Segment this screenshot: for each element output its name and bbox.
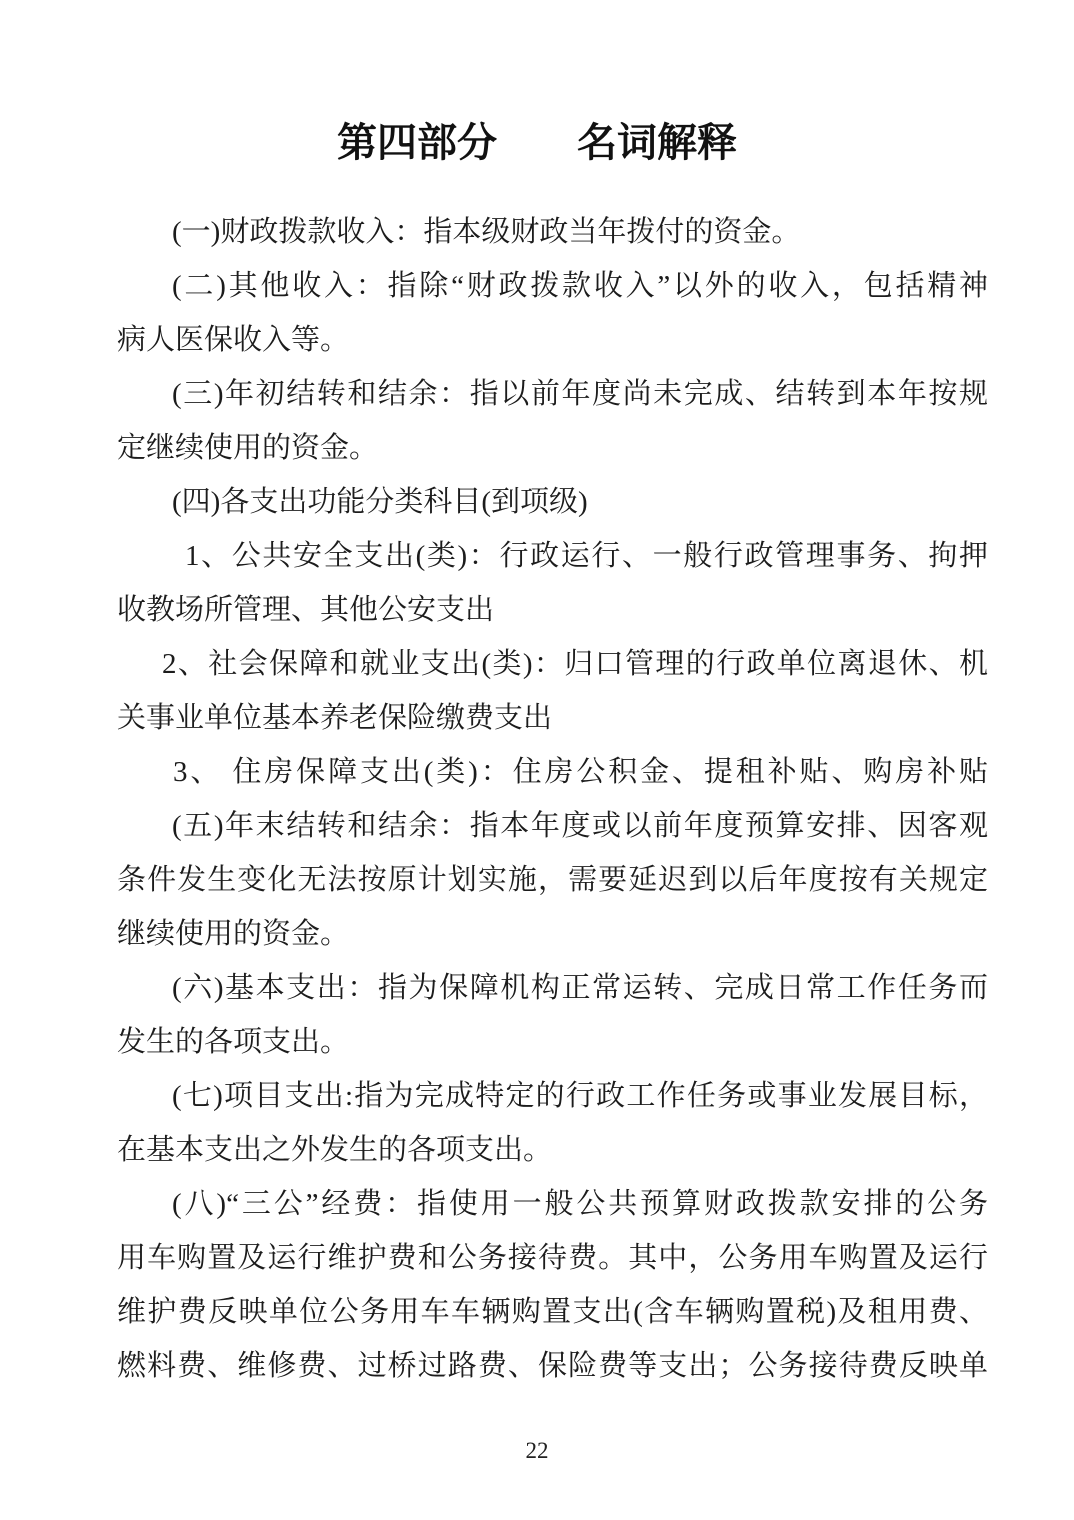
page-number: 22 bbox=[0, 1436, 1074, 1466]
text-line: (二)其他收入：指除“财政拨款收入”以外的收入，包括精神 bbox=[117, 259, 988, 313]
text-line: (八)“三公”经费：指使用一般公共预算财政拨款安排的公务 bbox=[117, 1177, 988, 1231]
text-line: 病人医保收入等。 bbox=[117, 313, 988, 367]
text-line: 定继续使用的资金。 bbox=[117, 421, 988, 475]
text-line: (七)项目支出:指为完成特定的行政工作任务或事业发展目标， bbox=[117, 1069, 988, 1123]
text-line: (三)年初结转和结余：指以前年度尚未完成、结转到本年按规 bbox=[117, 367, 988, 421]
page-title-part: 第四部分 bbox=[337, 121, 497, 165]
text-line: 在基本支出之外发生的各项支出。 bbox=[117, 1123, 988, 1177]
text-line: 维护费反映单位公务用车车辆购置支出(含车辆购置税)及租用费、 bbox=[117, 1285, 988, 1339]
text-line: (六)基本支出：指为保障机构正常运转、完成日常工作任务而 bbox=[117, 961, 988, 1015]
document-page: 第四部分名词解释 (一)财政拨款收入：指本级财政当年拨付的资金。(二)其他收入：… bbox=[0, 0, 1074, 1520]
text-line: 燃料费、维修费、过桥过路费、保险费等支出；公务接待费反映单 bbox=[117, 1339, 988, 1393]
text-line: 发生的各项支出。 bbox=[117, 1015, 988, 1069]
text-line: 继续使用的资金。 bbox=[117, 907, 988, 961]
text-line: (五)年末结转和结余：指本年度或以前年度预算安排、因客观 bbox=[117, 799, 988, 853]
page-title-name: 名词解释 bbox=[577, 121, 737, 165]
document-body: (一)财政拨款收入：指本级财政当年拨付的资金。(二)其他收入：指除“财政拨款收入… bbox=[117, 205, 988, 1393]
text-line: 2、社会保障和就业支出(类)：归口管理的行政单位离退休、机 bbox=[117, 637, 988, 691]
text-line: 收教场所管理、其他公安支出 bbox=[117, 583, 988, 637]
text-line: 用车购置及运行维护费和公务接待费。其中，公务用车购置及运行 bbox=[117, 1231, 988, 1285]
text-line: (一)财政拨款收入：指本级财政当年拨付的资金。 bbox=[117, 205, 988, 259]
text-line: 条件发生变化无法按原计划实施，需要延迟到以后年度按有关规定 bbox=[117, 853, 988, 907]
text-line: 3、 住房保障支出(类)：住房公积金、提租补贴、购房补贴 bbox=[117, 745, 988, 799]
text-line: 关事业单位基本养老保险缴费支出 bbox=[117, 691, 988, 745]
text-line: (四)各支出功能分类科目(到项级) bbox=[117, 475, 988, 529]
text-line: 1、公共安全支出(类)：行政运行、一般行政管理事务、拘押 bbox=[117, 529, 988, 583]
page-title: 第四部分名词解释 bbox=[0, 116, 1074, 170]
